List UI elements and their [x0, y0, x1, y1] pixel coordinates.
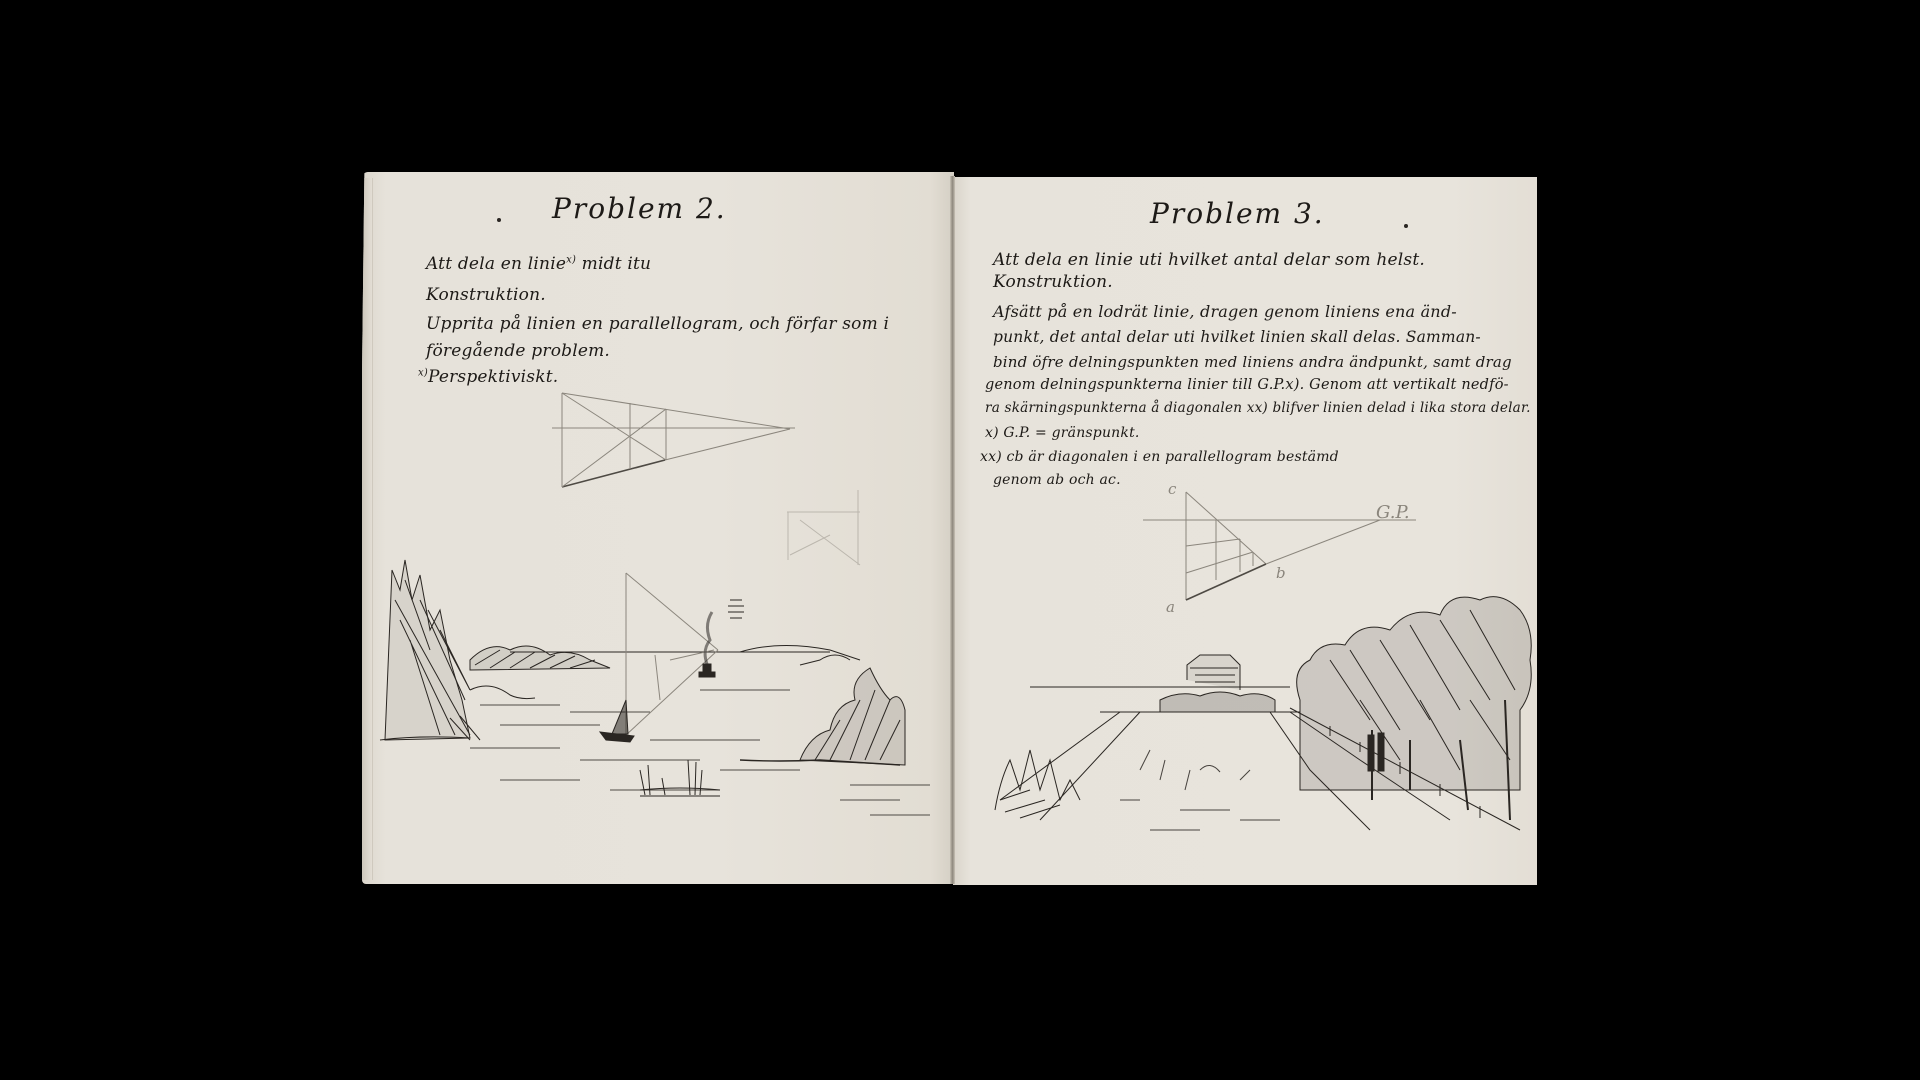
open-notebook: Problem 2. Att dela en liniex) midt itu … — [0, 0, 1920, 1080]
avenue-sketch — [0, 0, 1920, 1080]
